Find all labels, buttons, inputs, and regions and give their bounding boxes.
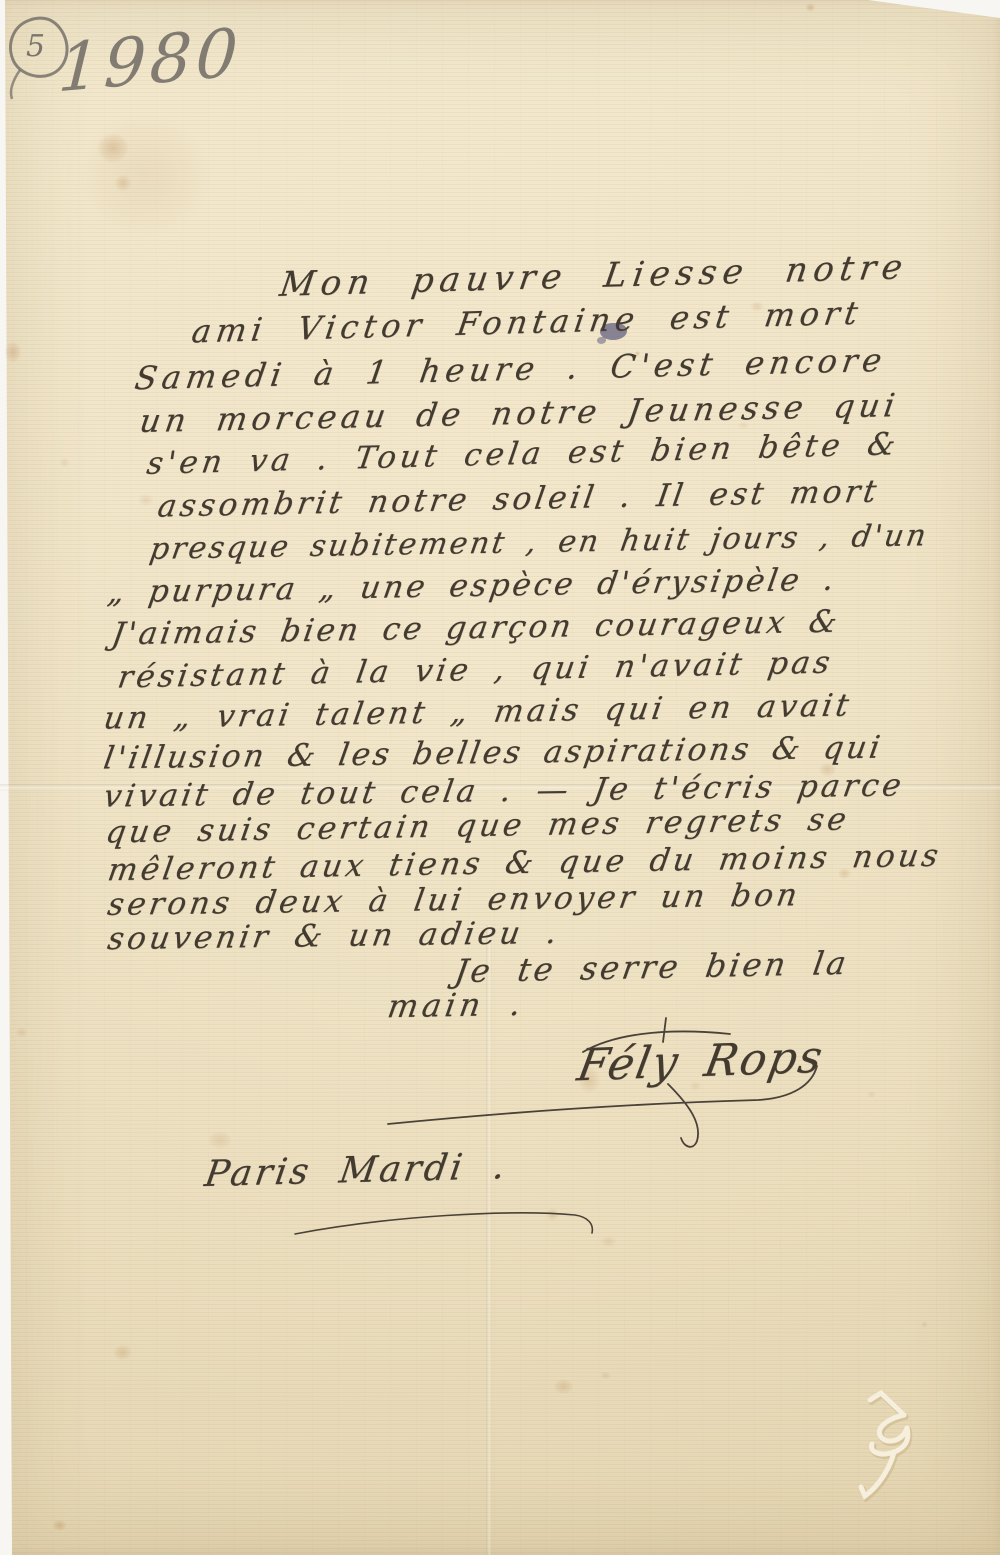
- closing-line: main .: [385, 985, 528, 1025]
- place-date: Paris Mardi .: [202, 1146, 511, 1195]
- inventory-number: 1980: [56, 14, 243, 108]
- letter-scan: 1980 Mon pauvre Liesse notre ami Victor …: [0, 0, 1000, 1555]
- signature: Fély Rops: [574, 1032, 828, 1092]
